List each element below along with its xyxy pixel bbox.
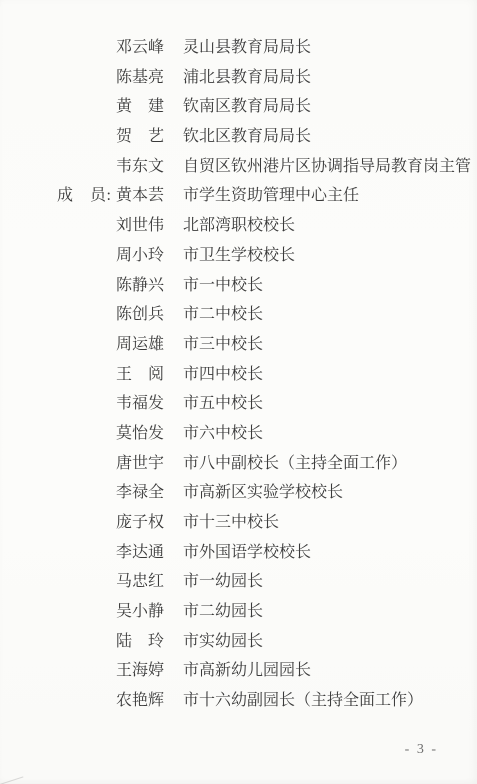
member-row: 马忠红 市一幼园长 (0, 567, 477, 597)
member-name: 李达通 (116, 538, 164, 568)
member-row: 刘世伟 北部湾职校校长 (0, 211, 477, 241)
member-row: 庞子权 市十三中校长 (0, 508, 477, 538)
member-row: 成 员: 黄本芸 市学生资助管理中心主任 (0, 181, 477, 211)
member-name: 贺 艺 (116, 122, 164, 152)
member-title: 市一中校长 (183, 271, 263, 301)
member-name: 唐世宇 (116, 449, 164, 479)
member-name: 王 阅 (116, 360, 164, 390)
member-row: 黄 建 钦南区教育局局长 (0, 92, 477, 122)
member-row: 陈基亮 浦北县教育局局长 (0, 63, 477, 93)
member-title: 北部湾职校校长 (183, 211, 295, 241)
member-title: 市一幼园长 (183, 567, 263, 597)
member-title: 市六中校长 (183, 419, 263, 449)
member-name: 陈静兴 (116, 271, 164, 301)
role-label: 成 员: (57, 181, 111, 211)
member-name: 李禄全 (116, 478, 164, 508)
member-name: 陈创兵 (116, 300, 164, 330)
member-title: 市五中校长 (183, 389, 263, 419)
member-row: 陆 玲 市实幼园长 (0, 627, 477, 657)
member-title: 市四中校长 (183, 360, 263, 390)
member-name: 周小玲 (116, 241, 164, 271)
member-title: 市学生资助管理中心主任 (183, 181, 359, 211)
member-name: 农艳辉 (116, 686, 164, 716)
member-row: 李达通 市外国语学校校长 (0, 538, 477, 568)
member-name: 吴小静 (116, 597, 164, 627)
member-row: 王海婷 市高新幼儿园园长 (0, 656, 477, 686)
member-list: 邓云峰 灵山县教育局局长 陈基亮 浦北县教育局局长 黄 建 钦南区教育局局长 贺… (0, 33, 477, 716)
member-row: 韦东文 自贸区钦州港片区协调指导局教育岗主管 (0, 152, 477, 182)
member-row: 王 阅 市四中校长 (0, 360, 477, 390)
scan-edge-artifact (0, 776, 23, 784)
member-row: 农艳辉 市十六幼副园长（主持全面工作） (0, 686, 477, 716)
member-name: 莫怡发 (116, 419, 164, 449)
member-name: 陆 玲 (116, 627, 164, 657)
member-name: 韦福发 (116, 389, 164, 419)
member-title: 市高新幼儿园园长 (183, 656, 311, 686)
member-name: 庞子权 (116, 508, 164, 538)
page-number: - 3 - (0, 742, 438, 758)
member-title: 市二幼园长 (183, 597, 263, 627)
member-title: 市八中副校长（主持全面工作） (183, 449, 407, 479)
member-title: 钦南区教育局局长 (183, 92, 311, 122)
member-name: 王海婷 (116, 656, 164, 686)
member-row: 周运雄 市三中校长 (0, 330, 477, 360)
member-row: 吴小静 市二幼园长 (0, 597, 477, 627)
member-title: 市十三中校长 (183, 508, 279, 538)
member-title: 钦北区教育局局长 (183, 122, 311, 152)
member-row: 唐世宇 市八中副校长（主持全面工作） (0, 449, 477, 479)
member-name: 周运雄 (116, 330, 164, 360)
member-row: 韦福发 市五中校长 (0, 389, 477, 419)
member-name: 刘世伟 (116, 211, 164, 241)
member-title: 市高新区实验学校校长 (183, 478, 343, 508)
member-name: 黄 建 (116, 92, 164, 122)
member-title: 自贸区钦州港片区协调指导局教育岗主管 (183, 152, 471, 182)
member-row: 贺 艺 钦北区教育局局长 (0, 122, 477, 152)
member-name: 马忠红 (116, 567, 164, 597)
member-title: 浦北县教育局局长 (183, 63, 311, 93)
member-row: 李禄全 市高新区实验学校校长 (0, 478, 477, 508)
member-name: 邓云峰 (116, 33, 164, 63)
member-title: 市三中校长 (183, 330, 263, 360)
member-title: 灵山县教育局局长 (183, 33, 311, 63)
member-row: 周小玲 市卫生学校校长 (0, 241, 477, 271)
member-row: 莫怡发 市六中校长 (0, 419, 477, 449)
member-name: 陈基亮 (116, 63, 164, 93)
member-title: 市实幼园长 (183, 627, 263, 657)
member-title: 市二中校长 (183, 300, 263, 330)
member-name: 韦东文 (116, 152, 164, 182)
member-name: 黄本芸 (116, 181, 164, 211)
member-title: 市外国语学校校长 (183, 538, 311, 568)
member-row: 陈创兵 市二中校长 (0, 300, 477, 330)
document-page: 邓云峰 灵山县教育局局长 陈基亮 浦北县教育局局长 黄 建 钦南区教育局局长 贺… (0, 0, 477, 784)
member-title: 市卫生学校校长 (183, 241, 295, 271)
member-row: 陈静兴 市一中校长 (0, 271, 477, 301)
member-title: 市十六幼副园长（主持全面工作） (183, 686, 423, 716)
member-row: 邓云峰 灵山县教育局局长 (0, 33, 477, 63)
